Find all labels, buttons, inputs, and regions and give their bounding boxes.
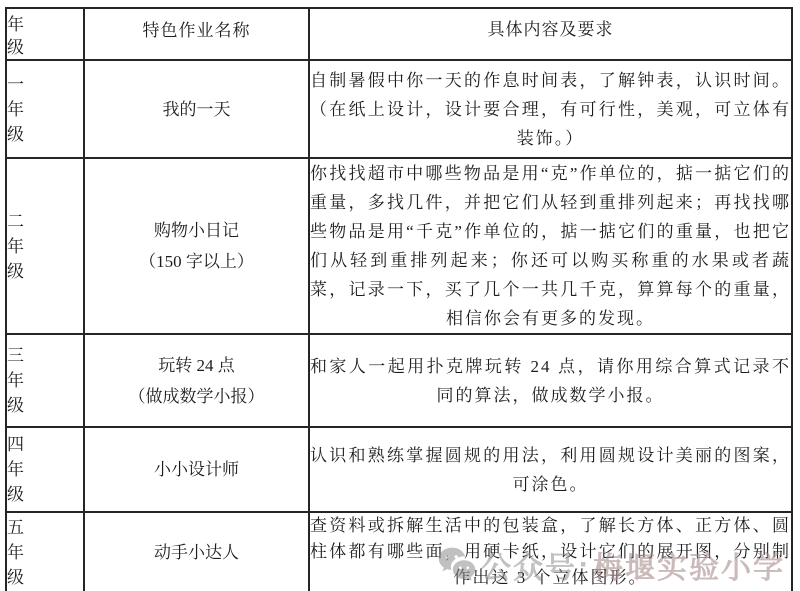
assignment-content-cell: 查资料或拆解生活中的包装盒，了解长方体、正方体、圆柱体都有哪些面，用硬卡纸，设计…: [309, 512, 792, 591]
assignment-content-cell: 自制暑假中你一天的作息时间表，了解钟表，认识时间。（在纸上设计，设计要合理，有可…: [309, 60, 792, 158]
assignment-content-cell: 认识和熟练掌握圆规的用法，利用圆规设计美丽的图案，可涂色。: [309, 427, 792, 512]
table-row-grade3: 三 年 级 玩转 24 点 （做成数学小报） 和家人一起用扑克牌玩转 24 点，…: [6, 334, 792, 427]
header-cell-name: 特色作业名称: [84, 8, 309, 60]
grade-cell: 五 年 级: [6, 512, 84, 591]
table-row-grade4: 四 年 级 小小设计师 认识和熟练掌握圆规的用法，利用圆规设计美丽的图案，可涂色…: [6, 427, 792, 512]
header-cell-grade: 年 级: [6, 8, 84, 60]
homework-table: 年 级 特色作业名称 具体内容及要求 一 年 级 我的一天 自制暑假中你一天的作…: [5, 7, 793, 591]
assignment-content-cell: 和家人一起用扑克牌玩转 24 点，请你用综合算式记录不同的算法，做成数学小报。: [309, 334, 792, 427]
grade-cell: 三 年 级: [6, 334, 84, 427]
assignment-name-cell: 小小设计师: [84, 427, 309, 512]
table-row-grade5: 五 年 级 动手小达人 查资料或拆解生活中的包装盒，了解长方体、正方体、圆柱体都…: [6, 512, 792, 591]
assignment-name-cell: 购物小日记 （150 字以上）: [84, 158, 309, 334]
table-row-grade1: 一 年 级 我的一天 自制暑假中你一天的作息时间表，了解钟表，认识时间。（在纸上…: [6, 60, 792, 158]
table-row-grade2: 二 年 级 购物小日记 （150 字以上） 你找找超市中哪些物品是用“克”作单位…: [6, 158, 792, 334]
assignment-name-cell: 玩转 24 点 （做成数学小报）: [84, 334, 309, 427]
grade-cell: 二 年 级: [6, 158, 84, 334]
assignment-name-cell: 我的一天: [84, 60, 309, 158]
document-page: 年 级 特色作业名称 具体内容及要求 一 年 级 我的一天 自制暑假中你一天的作…: [0, 0, 800, 591]
grade-cell: 四 年 级: [6, 427, 84, 512]
grade-cell: 一 年 级: [6, 60, 84, 158]
header-cell-content: 具体内容及要求: [309, 8, 792, 60]
table-header-row: 年 级 特色作业名称 具体内容及要求: [6, 8, 792, 60]
assignment-content-cell: 你找找超市中哪些物品是用“克”作单位的，掂一掂它们的重量，多找几件，并把它们从轻…: [309, 158, 792, 334]
assignment-name-cell: 动手小达人: [84, 512, 309, 591]
